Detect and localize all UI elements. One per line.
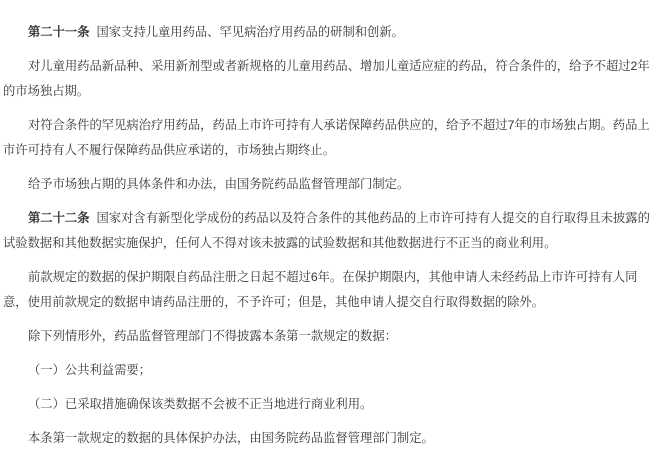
paragraph: 对符合条件的罕见病治疗用药品，药品上市许可持有人承诺保障药品供应的，给予不超过7… bbox=[3, 113, 653, 163]
paragraph: 本条第一款规定的数据的具体保护办法，由国务院药品监督管理部门制定。 bbox=[3, 426, 653, 451]
text-line: 前款规定的数据的保护期限自药品注册之日起不超过6年。在保护期限内，其他申请人未经… bbox=[3, 265, 653, 290]
text-line: （一）公共利益需要； bbox=[3, 358, 653, 383]
article-number: 第二十二条 bbox=[28, 211, 90, 225]
paragraph: 前款规定的数据的保护期限自药品注册之日起不超过6年。在保护期限内，其他申请人未经… bbox=[3, 265, 653, 315]
text-line: 给予市场独占期的具体条件和办法，由国务院药品监督管理部门制定。 bbox=[3, 172, 653, 197]
text-line: 意，使用前款规定的数据申请药品注册的，不予许可；但是，其他申请人提交自行取得数据… bbox=[3, 290, 653, 315]
text-line: （二）已采取措施确保该类数据不会被不正当地进行商业利用。 bbox=[3, 392, 653, 417]
document-page: 第二十一条国家支持儿童用药品、罕见病治疗用药品的研制和创新。对儿童用药品新品种、… bbox=[0, 0, 655, 455]
text-line: 对符合条件的罕见病治疗用药品，药品上市许可持有人承诺保障药品供应的，给予不超过7… bbox=[3, 113, 653, 138]
paragraph: 除下列情形外，药品监督管理部门不得披露本条第一款规定的数据： bbox=[3, 324, 653, 349]
text-line: 本条第一款规定的数据的具体保护办法，由国务院药品监督管理部门制定。 bbox=[3, 426, 653, 451]
paragraph: 给予市场独占期的具体条件和办法，由国务院药品监督管理部门制定。 bbox=[3, 172, 653, 197]
article-number: 第二十一条 bbox=[28, 25, 90, 39]
article-paragraph: 第二十一条国家支持儿童用药品、罕见病治疗用药品的研制和创新。 bbox=[3, 20, 653, 45]
text-line: 除下列情形外，药品监督管理部门不得披露本条第一款规定的数据： bbox=[3, 324, 653, 349]
text-line: 的市场独占期。 bbox=[3, 79, 653, 104]
text-line: 试验数据和其他数据实施保护，任何人不得对该未披露的试验数据和其他数据进行不正当的… bbox=[3, 231, 653, 256]
paragraph: （二）已采取措施确保该类数据不会被不正当地进行商业利用。 bbox=[3, 392, 653, 417]
text-line: 第二十一条国家支持儿童用药品、罕见病治疗用药品的研制和创新。 bbox=[3, 20, 653, 45]
paragraph: （一）公共利益需要； bbox=[3, 358, 653, 383]
text-line: 市许可持有人不履行保障药品供应承诺的，市场独占期终止。 bbox=[3, 138, 653, 163]
document-body: 第二十一条国家支持儿童用药品、罕见病治疗用药品的研制和创新。对儿童用药品新品种、… bbox=[3, 20, 653, 451]
paragraph: 对儿童用药品新品种、采用新剂型或者新规格的儿童用药品、增加儿童适应症的药品，符合… bbox=[3, 54, 653, 104]
text-line: 第二十二条国家对含有新型化学成份的药品以及符合条件的其他药品的上市许可持有人提交… bbox=[3, 206, 653, 231]
article-paragraph: 第二十二条国家对含有新型化学成份的药品以及符合条件的其他药品的上市许可持有人提交… bbox=[3, 206, 653, 256]
text-line: 对儿童用药品新品种、采用新剂型或者新规格的儿童用药品、增加儿童适应症的药品，符合… bbox=[3, 54, 653, 79]
